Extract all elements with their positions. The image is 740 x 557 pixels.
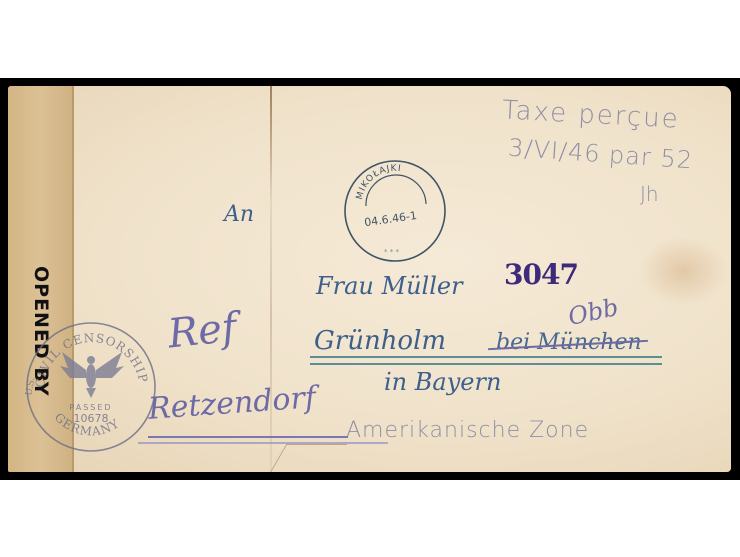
envelope: OPENED BY MIKOŁAJKI 04.6.46-1 * * * CIVI… [8, 86, 731, 472]
pencil-note-taxe: Taxe perçue [501, 95, 680, 134]
postmark-town: MIKOŁAJKI [355, 164, 402, 201]
strike-through-line [138, 442, 388, 444]
postmark-bottom: * * * [384, 248, 399, 256]
address-region: in Bayern [384, 368, 501, 396]
eagle-icon [60, 352, 124, 398]
svg-text:MIKOŁAJKI: MIKOŁAJKI [355, 164, 402, 201]
address-zone: Amerikanische Zone [346, 418, 589, 443]
censor-left-text: U.S. [24, 377, 37, 397]
strike-through-line [148, 436, 348, 438]
sender-annotation-line2: Retzendorf [147, 380, 317, 427]
censor-number: 10678 [74, 412, 109, 425]
address-correction: Obb [566, 293, 621, 331]
civil-censorship-handstamp: CIVIL CENSORSHIP GERMANY U.S. PASSED 106… [22, 318, 160, 456]
postmark-cancel: MIKOŁAJKI 04.6.46-1 * * * [342, 158, 448, 264]
address-salutation: An [224, 202, 254, 227]
sender-annotation-line1: Ref [166, 305, 239, 358]
address-city: Grünholm [314, 326, 446, 356]
postmark-date: 04.6.46-1 [363, 209, 417, 229]
underline-rule [310, 356, 662, 358]
age-stain [638, 236, 728, 306]
address-name: Frau Müller [316, 272, 463, 300]
registration-number: 3047 [504, 258, 578, 291]
censor-passed-label: PASSED [69, 403, 112, 412]
underline-rule [310, 363, 662, 365]
pencil-note-initials: Jh [640, 182, 659, 206]
pencil-note-date: 3/VI/46 par 52 [507, 134, 694, 175]
paper-tear [270, 444, 348, 472]
